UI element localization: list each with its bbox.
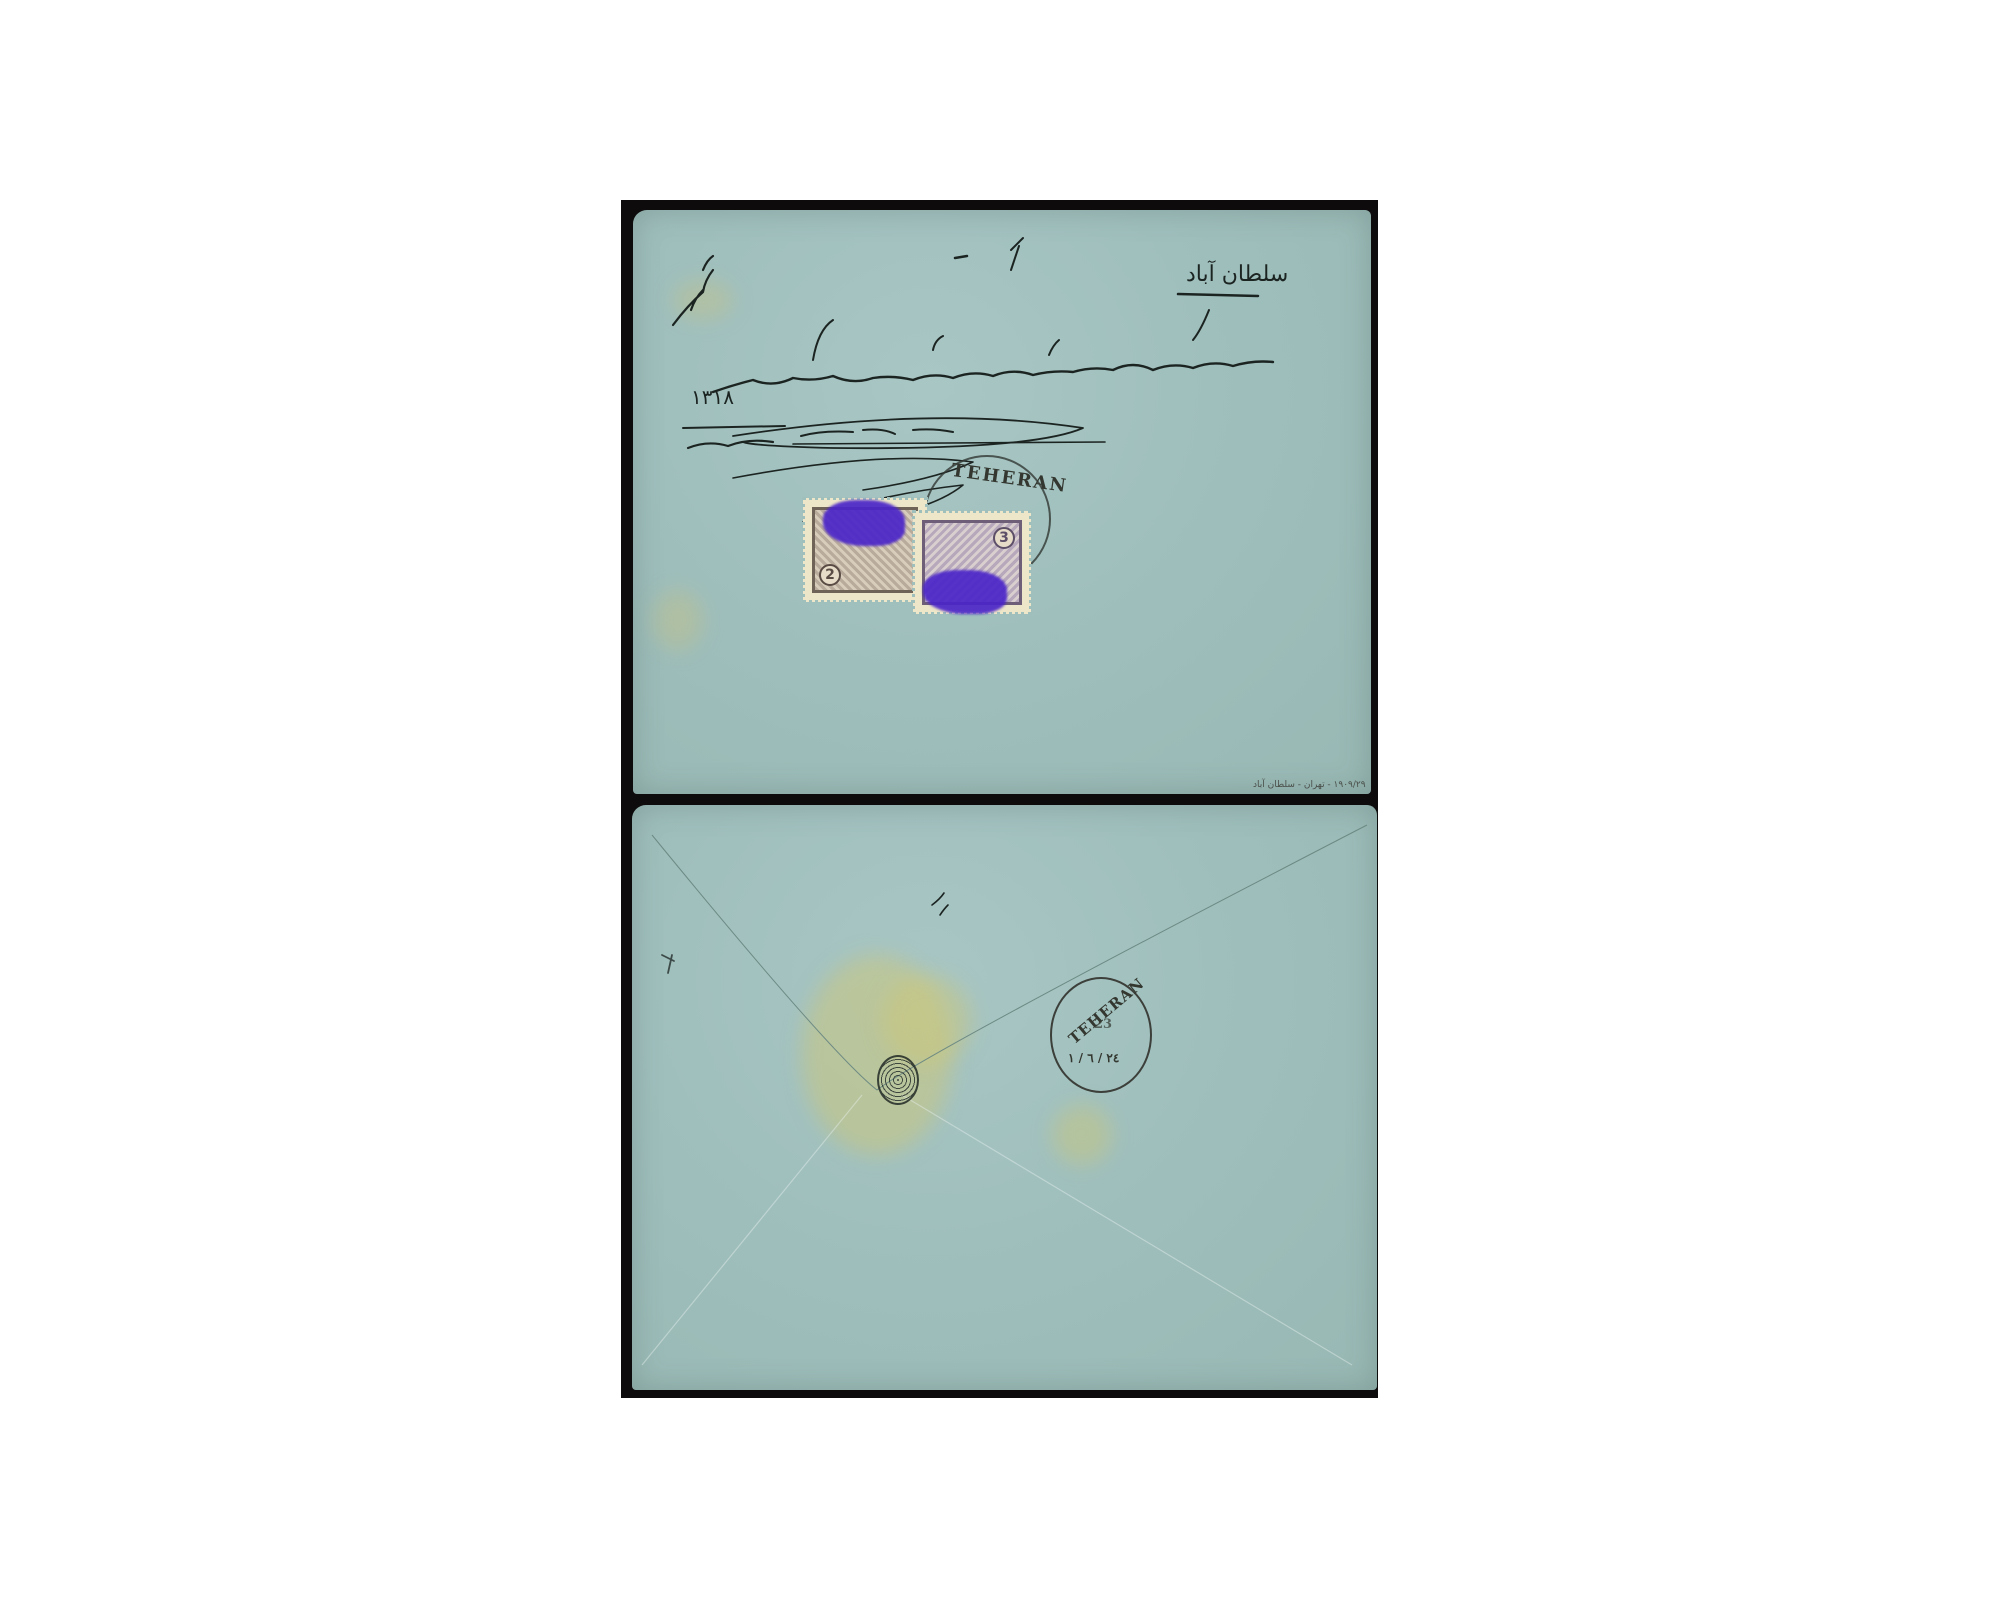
address-date-year: ١٣١٨ <box>691 385 734 409</box>
cancel-mark-1 <box>823 500 905 546</box>
envelope-flap-lines <box>632 805 1377 1390</box>
postmark-back-date: 23 <box>1094 1017 1112 1032</box>
wax-seal <box>877 1055 919 1105</box>
envelope-front: سلطان آباد ١٣١٨ TEHERAN 2 3 ١٩٠٩/٢٩ - ته… <box>633 210 1371 794</box>
margin-note: ١٩٠٩/٢٩ - تهران - سلطان آباد <box>1253 780 1366 790</box>
address-destination: سلطان آباد <box>1186 262 1288 287</box>
cancel-mark-2 <box>923 570 1007 614</box>
stamp-2-value: 2 <box>819 564 841 586</box>
envelope-back: TEHERAN 23 ٢٤ / ٦ / ١ <box>632 805 1377 1390</box>
stamp-3-value: 3 <box>993 527 1015 549</box>
postmark-back-bottom: ٢٤ / ٦ / ١ <box>1068 1051 1119 1065</box>
